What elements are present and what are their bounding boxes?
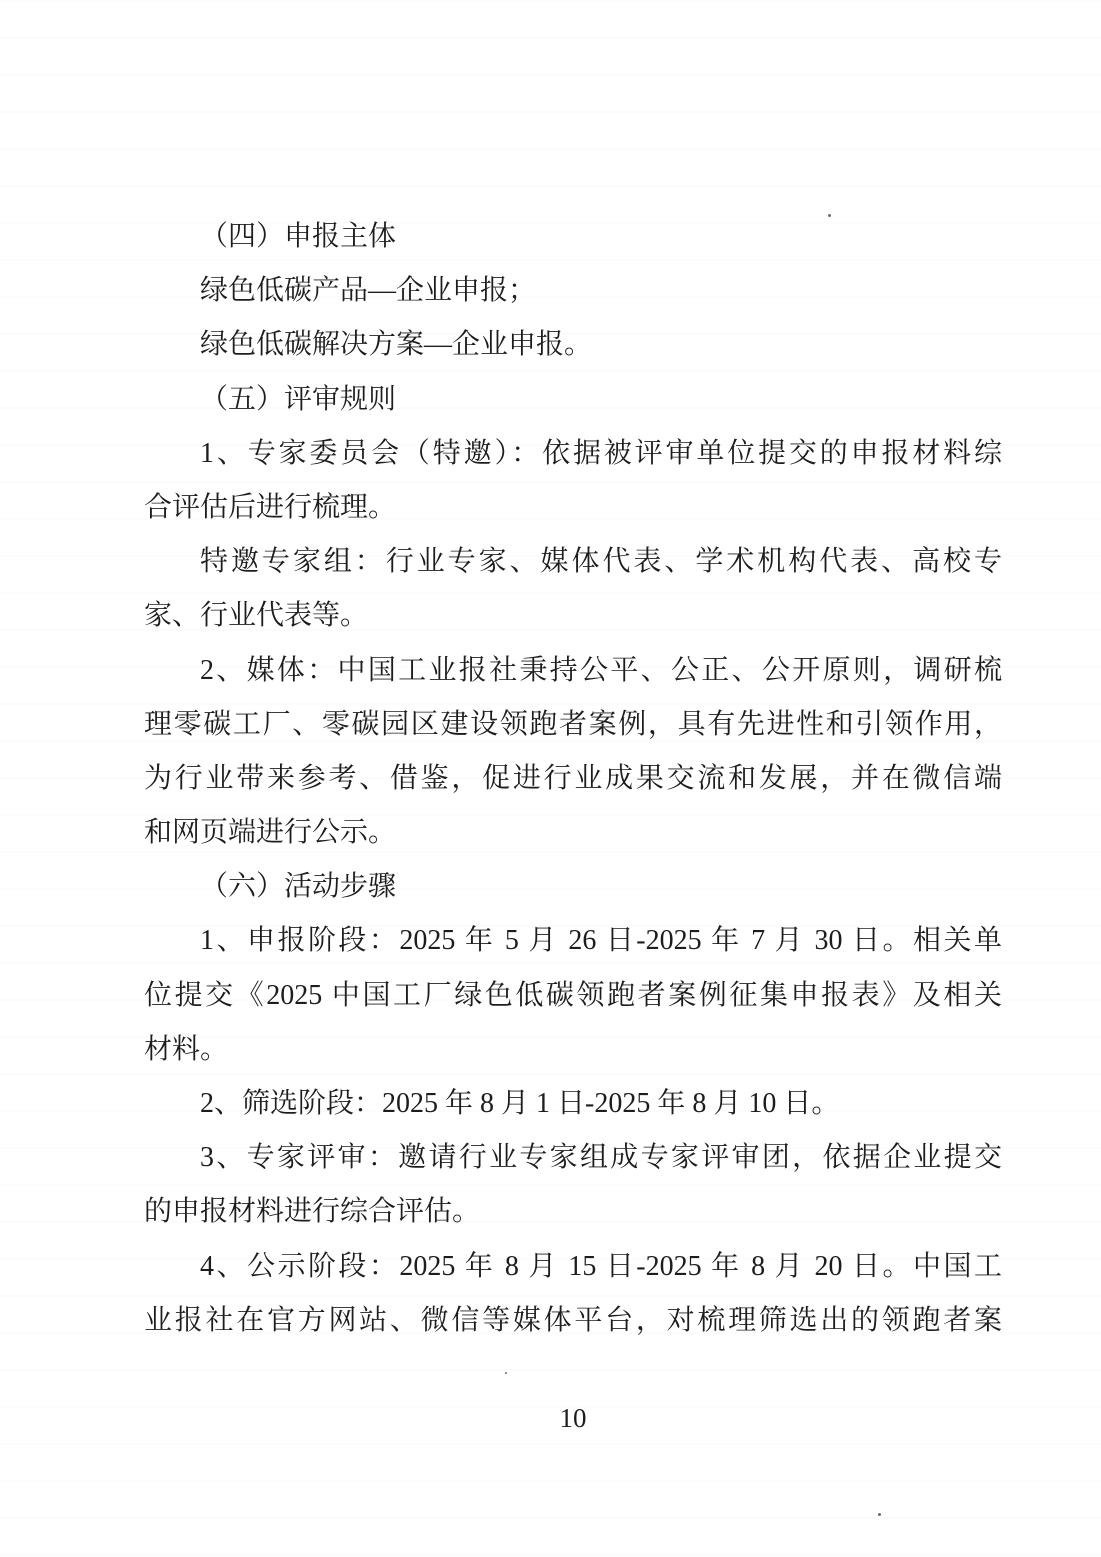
text-line: 2、筛选阶段：2025 年 8 月 1 日-2025 年 8 月 10 日。 bbox=[144, 1077, 1002, 1131]
text-line: 3、专家评审：邀请行业专家组成专家评审团，依据企业提交 bbox=[144, 1131, 1002, 1185]
page-number: 10 bbox=[144, 1391, 1002, 1445]
text-line: 家、行业代表等。 bbox=[144, 589, 1002, 643]
text-line: 合评估后进行梳理。 bbox=[144, 481, 1002, 535]
scan-speck bbox=[878, 1513, 881, 1516]
text-line: 材料。 bbox=[144, 1023, 1002, 1077]
scan-speck bbox=[505, 1372, 507, 1374]
text-line: 业报社在官方网站、微信等媒体平台，对梳理筛选出的领跑者案 bbox=[144, 1294, 1002, 1348]
text-line: 位提交《2025 中国工厂绿色低碳领跑者案例征集申报表》及相关 bbox=[144, 969, 1002, 1023]
text-line: （四）申报主体 bbox=[144, 210, 1002, 264]
text-line: 为行业带来参考、借鉴，促进行业成果交流和发展，并在微信端 bbox=[144, 752, 1002, 806]
text-line: （六）活动步骤 bbox=[144, 860, 1002, 914]
text-line: （五）评审规则 bbox=[144, 373, 1002, 427]
text-line: 1、申报阶段：2025 年 5 月 26 日-2025 年 7 月 30 日。相… bbox=[144, 914, 1002, 968]
text-line: 和网页端进行公示。 bbox=[144, 806, 1002, 860]
text-line: 绿色低碳解决方案—企业申报。 bbox=[144, 318, 1002, 372]
text-line: 2、媒体：中国工业报社秉持公平、公正、公开原则，调研梳 bbox=[144, 644, 1002, 698]
text-line: 理零碳工厂、零碳园区建设领跑者案例，具有先进性和引领作用， bbox=[144, 698, 1002, 752]
text-line: 绿色低碳产品—企业申报； bbox=[144, 264, 1002, 318]
text-line: 特邀专家组：行业专家、媒体代表、学术机构代表、高校专 bbox=[144, 535, 1002, 589]
document-body: （四）申报主体绿色低碳产品—企业申报；绿色低碳解决方案—企业申报。（五）评审规则… bbox=[144, 210, 1002, 1348]
document-page: （四）申报主体绿色低碳产品—企业申报；绿色低碳解决方案—企业申报。（五）评审规则… bbox=[0, 0, 1101, 1557]
text-line: 1、专家委员会（特邀）：依据被评审单位提交的申报材料综 bbox=[144, 427, 1002, 481]
text-line: 4、公示阶段：2025 年 8 月 15 日-2025 年 8 月 20 日。中… bbox=[144, 1240, 1002, 1294]
scan-speck bbox=[828, 214, 831, 217]
text-line: 的申报材料进行综合评估。 bbox=[144, 1185, 1002, 1239]
